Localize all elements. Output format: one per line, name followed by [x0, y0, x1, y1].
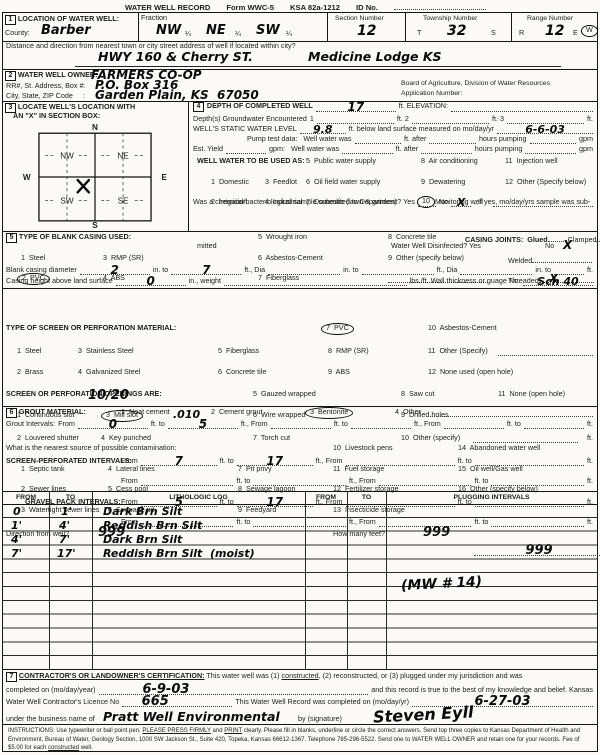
- county-value: Barber: [41, 24, 91, 37]
- compass-n: N: [92, 123, 98, 132]
- height-value: 0: [147, 275, 155, 287]
- lith-from-4: 7': [11, 548, 22, 559]
- section-box-diagram: N S W E NW NE SW SE: [15, 121, 175, 229]
- range-r: R: [519, 29, 524, 37]
- contam-15: 15 Oil well/Gas well: [458, 465, 523, 473]
- grout-intervals-label: Grout Intervals:: [6, 420, 55, 428]
- lith-to-2: 4': [59, 520, 70, 531]
- section4-number: 4: [193, 102, 204, 112]
- diameter-ft: ft.: [587, 266, 593, 274]
- section-number-cell: Section Number 12: [327, 13, 406, 41]
- diameter-blank3: [268, 266, 340, 275]
- range-cell: Range Number R 12 E W: [511, 13, 600, 41]
- height-label: Casing height above land surface: [6, 277, 113, 285]
- license-label: Water Well Contractor's Licence No: [6, 698, 119, 706]
- material-2: 2 Brass: [17, 368, 43, 376]
- section1-row2: Distance and direction from nearest town…: [3, 41, 597, 70]
- township-label: Township Number: [423, 15, 477, 23]
- swl-label: WELL'S STATIC WATER LEVEL: [193, 125, 297, 133]
- address-label: RR#, St. Address, Box #: [6, 82, 84, 90]
- casing-height-line: Casing height above land surface 0 in., …: [6, 277, 593, 286]
- section3-box: 3 LOCATE WELL'S LOCATION WITH AN "X" IN …: [3, 101, 189, 231]
- material-12: 12 None used (open hole): [428, 368, 513, 376]
- material-1: 1 Steel: [17, 347, 41, 355]
- lithologic-table: FROM TO LITHOLOGIC LOG FROM TO PLUGGING …: [3, 491, 597, 670]
- casing-1: 1 Steel: [21, 254, 45, 262]
- section7-number: 7: [6, 672, 17, 682]
- diameter-into2: in. to: [343, 266, 359, 274]
- signature: Steven Eyll: [373, 704, 474, 725]
- use-1: 1 Domestic: [211, 178, 249, 186]
- lith-to-4: 17': [57, 548, 76, 559]
- quarter2: ¼: [235, 30, 241, 38]
- static-water-line: WELL'S STATIC WATER LEVEL 9.8 ft. below …: [193, 125, 593, 134]
- pump-label: Pump test data: Well water was: [247, 135, 352, 143]
- distance-city-value: Medicine Lodge KS: [308, 51, 442, 64]
- diameter-value: 2: [111, 264, 119, 276]
- grout-title: 6 GROUT MATERIAL:: [6, 408, 86, 418]
- record-date-value: 6-27-03: [474, 695, 530, 708]
- township-value: 32: [447, 24, 466, 38]
- gi-to-value: 5: [199, 418, 207, 430]
- depth-value: 17: [347, 101, 364, 113]
- diameter-blank6: [554, 266, 584, 275]
- quarter1: ¼: [185, 30, 191, 38]
- instructions-block: INSTRUCTIONS: Use typewriter or ball poi…: [3, 724, 597, 754]
- depth-line: 4 DEPTH OF COMPLETED WELL 17 ft. ELEVATI…: [193, 102, 593, 112]
- agency-label: Board of Agriculture, Division of Water …: [401, 80, 550, 88]
- grout-intervals-line: Grout Intervals: From 0 ft. to 5 ft., Fr…: [6, 420, 593, 429]
- use-label: WELL WATER TO BE USED AS:: [197, 157, 305, 165]
- chem-no-label: No: [439, 198, 448, 206]
- township-t: T: [417, 29, 421, 37]
- owner-title-text: WATER WELL OWNER:: [18, 70, 98, 79]
- chem-no-x: X: [457, 197, 465, 208]
- gi-b3: [271, 420, 331, 429]
- instructions-constructed: constructed: [48, 745, 79, 751]
- diameter-to-value: 7: [202, 264, 210, 276]
- instructions-p2: and: [211, 728, 224, 734]
- chem-yes-blank: [418, 198, 436, 207]
- pump-hours: hours pumping: [479, 135, 527, 143]
- gi-ftto3: ft. to: [507, 420, 521, 428]
- lith-log-1: Dark Brn Silt: [103, 506, 182, 517]
- lith-from-1: 0: [13, 506, 21, 517]
- cert-text-b: , (2) reconstructed, or (3) plugged unde…: [319, 671, 523, 680]
- section7-certification: 7 CONTRACTOR'S OR LANDOWNER'S CERTIFICAT…: [3, 669, 597, 725]
- instructions-p4: well.: [79, 745, 93, 751]
- fraction3-value: SW: [256, 24, 280, 37]
- grout-1: 1 Neat cement: [121, 408, 170, 416]
- section2-owner: 2 WATER WELL OWNER: FARMERS CO-OP RR#, S…: [3, 69, 597, 102]
- range-w-circled: W: [581, 25, 598, 37]
- contam-4: 4 Lateral lines: [108, 465, 155, 473]
- section-number-value: 12: [357, 24, 376, 38]
- fraction-label: Fraction: [141, 14, 167, 22]
- yield-hours: hours pumping: [475, 145, 523, 153]
- glued-blank: [548, 233, 566, 242]
- chem-rest: ; If yes, mo/day/yrs sample was sub-: [474, 198, 590, 206]
- section6-number: 6: [6, 408, 17, 418]
- id-blank: [394, 1, 486, 10]
- pump-blank1: [355, 135, 402, 144]
- well-location-x-mark: [78, 180, 89, 192]
- cert-text-a: This water well was (1): [205, 671, 282, 680]
- section3-title2: AN "X" IN SECTION BOX:: [13, 112, 100, 120]
- section-number-label: Section Number: [335, 15, 384, 23]
- casing-9: 9 Other (specify below): [388, 254, 464, 262]
- quadrant-sw: SW: [60, 197, 73, 206]
- lith-from-3: 4': [11, 534, 22, 545]
- casing-title: 5 TYPE OF BLANK CASING USED:: [6, 233, 131, 243]
- gi-ftfrom2: ft., From: [414, 420, 441, 428]
- gi-ft: ft.: [587, 420, 593, 428]
- grout-4-blank: [428, 408, 593, 417]
- business-label: under the business name of: [6, 715, 95, 723]
- compass-w: W: [23, 173, 31, 182]
- fraction-cell: Fraction NW ¼ NE ¼ SW ¼: [138, 13, 328, 41]
- compass-s: S: [92, 221, 98, 229]
- business-value: Pratt Well Environmental: [103, 711, 280, 724]
- casing-6: 6 Asbestos-Cement: [258, 254, 323, 262]
- address-colon: :: [83, 82, 85, 90]
- swl-mid-label: ft. below land surface measured on mo/da…: [349, 125, 494, 133]
- material-10: 10 Asbestos-Cement: [428, 324, 497, 332]
- lith-to-1: 1': [61, 506, 72, 517]
- material-5: 5 Fiberglass: [218, 347, 259, 355]
- gi-b5: [444, 420, 504, 429]
- use-row2: 1 Domestic 3 Feedlot 6 Oil field water s…: [193, 178, 597, 189]
- material-6: 6 Concrete tile: [218, 368, 266, 376]
- joints-label: CASING JOINTS: Glued Clamped: [465, 233, 600, 244]
- record-label: This Water Well Record was completed on …: [235, 698, 409, 706]
- license-value: 665: [142, 695, 169, 708]
- height-blank: 0: [116, 277, 186, 286]
- contamination-row2: 1 Septic tank 4 Lateral lines 7 Pit priv…: [3, 465, 597, 476]
- diameter-ftdia: ft., Dia: [244, 266, 265, 274]
- diameter-label: Blank casing diameter: [6, 266, 77, 274]
- material-11-blank: [498, 347, 593, 356]
- signature-label: by (signature): [298, 715, 342, 723]
- screen-material-row1: TYPE OF SCREEN OR PERFORATION MATERIAL: …: [3, 324, 597, 336]
- pump-after: ft. after: [404, 135, 426, 143]
- col-from2: FROM: [305, 494, 347, 502]
- use-12: 12 Other (Specify below): [505, 178, 586, 186]
- gi-b4: [351, 420, 411, 429]
- section3-4: 3 LOCATE WELL'S LOCATION WITH AN "X" IN …: [3, 101, 597, 232]
- yield-mid: gpm: Well water was: [269, 145, 339, 153]
- cert-line3: Water Well Contractor's Licence No 665 T…: [6, 698, 593, 707]
- gi-ftfrom: ft., From: [241, 420, 268, 428]
- swl-date-value: 6-6-03: [525, 124, 565, 135]
- use-row1: WELL WATER TO BE USED AS: 5 Public water…: [193, 157, 597, 168]
- grout-2: 2 Cement grout: [211, 408, 263, 416]
- quadrant-nw: NW: [60, 152, 74, 161]
- fraction2-value: NE: [206, 24, 226, 37]
- lith-log-4: Reddish Brn Silt (moist): [103, 548, 255, 559]
- gi-from-value: 0: [109, 418, 117, 430]
- section6-grout: 6 GROUT MATERIAL: 1 Neat cement 2 Cement…: [3, 406, 597, 491]
- city-label: City, State, ZIP Code: [6, 92, 73, 100]
- instructions-press-firmly: PLEASE PRESS FIRMLY: [142, 728, 210, 734]
- form-body: 1 LOCATION OF WATER WELL: County: Barber…: [2, 12, 598, 752]
- col-to1: TO: [49, 494, 92, 502]
- pump-test-line: Pump test data: Well water was ft. after…: [247, 135, 593, 144]
- opening-11: 11 None (open hole): [498, 390, 565, 398]
- lith-log-3: Dark Brn Silt: [103, 534, 182, 545]
- chem-no-blank: X: [451, 198, 471, 207]
- material-8: 8 RMP (SR): [328, 347, 369, 355]
- contam-1: 1 Septic tank: [21, 465, 65, 473]
- quadrant-se: SE: [118, 197, 129, 206]
- yield-after: ft. after: [396, 145, 418, 153]
- city-colon: :: [83, 92, 85, 100]
- gi-ftto2: ft. to: [334, 420, 348, 428]
- diameter-into3: in. to: [535, 266, 551, 274]
- elevation-label: ft. ELEVATION:: [399, 102, 448, 110]
- form-header: WATER WELL RECORD Form WWC-5 KSA 82a-121…: [125, 1, 486, 13]
- yield-blank3: [525, 145, 576, 154]
- material-7-circled: 7 PVC: [321, 323, 354, 335]
- use-8: 8 Air conditioning: [421, 157, 478, 165]
- welded-blank: [532, 254, 592, 263]
- section5-number: 5: [6, 233, 17, 243]
- screen-material-row2: 1 Steel 3 Stainless Steel 5 Fiberglass 8…: [3, 347, 597, 358]
- opening-8: 8 Saw cut: [401, 390, 435, 398]
- diameter-ftdia2: ft., Dia: [437, 266, 458, 274]
- casing-5: 5 Wrought iron: [258, 233, 307, 241]
- range-value: 12: [545, 24, 564, 38]
- water-well-record-form: WATER WELL RECORD Form WWC-5 KSA 82a-121…: [0, 0, 600, 755]
- col-lithologic-log: LITHOLOGIC LOG: [92, 494, 305, 502]
- range-label: Range Number: [527, 15, 573, 23]
- gi-to-blank: 5: [168, 420, 238, 429]
- openings-title: SCREEN OR PERFORATION OPENINGS ARE:: [6, 390, 162, 398]
- quarter3: ¼: [286, 30, 292, 38]
- yield-label: Est. Yield: [193, 145, 223, 153]
- cert-title: CONTRACTOR'S OR LANDOWNER'S CERTIFICATIO…: [19, 671, 205, 680]
- casing-title-text: TYPE OF BLANK CASING USED:: [19, 232, 131, 241]
- joints-label-text: CASING JOINTS: Glued: [465, 235, 548, 244]
- section4-box: 4 DEPTH OF COMPLETED WELL 17 ft. ELEVATI…: [189, 101, 597, 231]
- material-11: 11 Other (Specify): [428, 347, 488, 355]
- contam-11: 11 Fuel storage: [333, 465, 384, 473]
- opening-5: 5 Gauzed wrapped: [253, 390, 316, 398]
- distance-street-value: HWY 160 & Cherry ST.: [98, 51, 253, 64]
- contam-10: 10 Livestock pens: [333, 444, 393, 452]
- instructions-p1: INSTRUCTIONS: Use typewriter or ball poi…: [8, 728, 142, 734]
- casing-row2: 1 Steel 3 RMP (SR) 6 Asbestos-Cement 9 O…: [3, 254, 597, 265]
- material-3: 3 Stainless Steel: [78, 347, 134, 355]
- grout-3-circled: 3 Bentonite: [305, 407, 353, 419]
- compass-e: E: [162, 173, 168, 182]
- mw-annotation: (MW # 14): [401, 575, 483, 593]
- gi-ftto: ft. to: [151, 420, 165, 428]
- quadrant-ne: NE: [117, 152, 129, 161]
- section5-casing: 5 TYPE OF BLANK CASING USED: 5 Wrought i…: [3, 231, 597, 407]
- chem-question: Was a chemical/bacteriological sample su…: [193, 198, 415, 206]
- col-to2: TO: [347, 494, 386, 502]
- groundwater-label: Depth(s) Groundwater Encountered: [193, 115, 307, 123]
- section3-title1-text: LOCATE WELL'S LOCATION WITH: [18, 102, 135, 111]
- yield-blank2: [421, 145, 472, 154]
- use-11: 11 Injection well: [505, 157, 558, 165]
- pump-gpm: gpm: [579, 135, 593, 143]
- wall-value: Sch 40: [537, 276, 578, 287]
- contam-14: 14 Abandoned water well: [458, 444, 540, 452]
- yield-line: Est. Yield gpm: Well water was ft. after…: [193, 145, 593, 154]
- yield-blank1: [342, 145, 393, 154]
- section1-row1: 1 LOCATION OF WATER WELL: County: Barber…: [3, 13, 597, 42]
- clamped-blank: [596, 233, 600, 242]
- fraction1-value: NW: [156, 24, 181, 37]
- diameter-blank4: [362, 266, 434, 275]
- wall-blank: Sch 40: [523, 277, 593, 286]
- material-9: 9 ABS: [328, 368, 350, 376]
- township-s: S: [491, 29, 496, 37]
- casing-3: 3 RMP (SR): [103, 254, 144, 262]
- wall-label: lbs./ft. Wall thickness or guage No.: [410, 277, 520, 285]
- casing-8: 8 Concrete tile: [388, 233, 436, 241]
- section2-number: 2: [5, 71, 16, 81]
- distance-answer-rule: [75, 65, 561, 67]
- contam-7: 7 Pit privy: [238, 465, 272, 473]
- pump-blank3: [530, 135, 577, 144]
- gw-ft: ft.: [587, 115, 593, 123]
- county-label: County:: [5, 29, 30, 37]
- section-cross-lines: [39, 133, 151, 221]
- application-number-label: Application Number:: [401, 90, 462, 98]
- depth-label: DEPTH OF COMPLETED WELL: [207, 102, 313, 110]
- use-9: 9 Dewatering: [421, 178, 465, 186]
- cert-constructed: constructed: [281, 671, 318, 680]
- use-5: 5 Public water supply: [306, 157, 376, 165]
- weight-blank: [224, 277, 407, 286]
- swl-blank: 9.8: [300, 125, 346, 134]
- gw-blank2: [412, 115, 489, 124]
- contamination-row1: What is the nearest source of possible c…: [3, 444, 597, 455]
- contamination-question: What is the nearest source of possible c…: [6, 444, 177, 452]
- range-e: E: [573, 29, 578, 37]
- material-4: 4 Galvanized Steel: [78, 368, 140, 376]
- elevation-blank: [451, 103, 593, 112]
- section1-number: 1: [5, 15, 16, 25]
- col-from1: FROM: [3, 494, 49, 502]
- diameter-into: in. to: [153, 266, 169, 274]
- grout-4: 4 Other: [395, 408, 421, 416]
- gi-from-blank: 0: [78, 420, 148, 429]
- cert-line1: 7 CONTRACTOR'S OR LANDOWNER'S CERTIFICAT…: [6, 672, 593, 682]
- groundwater-2: ft. 2: [397, 115, 409, 123]
- completed-blank: 6-9-03: [99, 686, 369, 695]
- lith-from-2: 1': [11, 520, 22, 531]
- welded-label: Welded: [508, 254, 592, 265]
- depth-blank: 17: [316, 103, 396, 112]
- casing-divider: [3, 288, 597, 289]
- swl-date-blank: 6-6-03: [497, 125, 593, 134]
- yield-gpm: gpm: [579, 145, 593, 153]
- lith-to-3: 7': [59, 534, 70, 545]
- screen-material-title: TYPE OF SCREEN OR PERFORATION MATERIAL:: [6, 324, 176, 332]
- welded-label-text: Welded: [508, 256, 532, 265]
- city-value: Garden Plain, KS 67050: [95, 89, 259, 101]
- weight-label: in., weight: [189, 277, 221, 285]
- owner-title: 2 WATER WELL OWNER:: [5, 71, 98, 81]
- lith-log-2: Reddish Brn Silt: [103, 520, 202, 531]
- township-cell: Township Number T 32 S: [405, 13, 512, 41]
- diameter-blank2: 7: [171, 266, 241, 275]
- diameter-blank5: [460, 266, 532, 275]
- section1-title-text: LOCATION OF WATER WELL:: [18, 14, 119, 23]
- lith-grid-lines: [3, 504, 597, 670]
- pump-blank2: [429, 135, 476, 144]
- cert-line4: under the business name of Pratt Well En…: [3, 711, 597, 725]
- diameter-blank1: 2: [80, 266, 150, 275]
- gi-b6: [524, 420, 584, 429]
- gi-from-label: From: [58, 420, 75, 428]
- col-plugging-intervals: PLUGGING INTERVALS: [386, 494, 597, 502]
- gravel-size-note: 10/20: [88, 389, 129, 402]
- use-6: 6 Oil field water supply: [306, 178, 380, 186]
- casing-row1: 5 TYPE OF BLANK CASING USED: 5 Wrought i…: [3, 233, 597, 244]
- screen-material-row3: 2 Brass 4 Galvanized Steel 6 Concrete ti…: [3, 368, 597, 379]
- yield-blank0: [226, 145, 266, 154]
- casing-diameter-line: Blank casing diameter 2 in. to 7 ft., Di…: [6, 266, 593, 275]
- clamped-label: Clamped: [568, 235, 597, 244]
- grout-title-text: GROUT MATERIAL:: [19, 407, 86, 416]
- instructions-print: PRINT: [224, 728, 242, 734]
- groundwater-3: ft. 3: [492, 115, 504, 123]
- completed-label: completed on (mo/day/year): [6, 686, 96, 694]
- license-blank: 665: [122, 698, 232, 707]
- use-3: 3 Feedlot: [265, 178, 297, 186]
- chem-sample-line: Was a chemical/bacteriological sample su…: [193, 198, 593, 207]
- county-cell: 1 LOCATION OF WATER WELL: County: Barber: [3, 13, 139, 41]
